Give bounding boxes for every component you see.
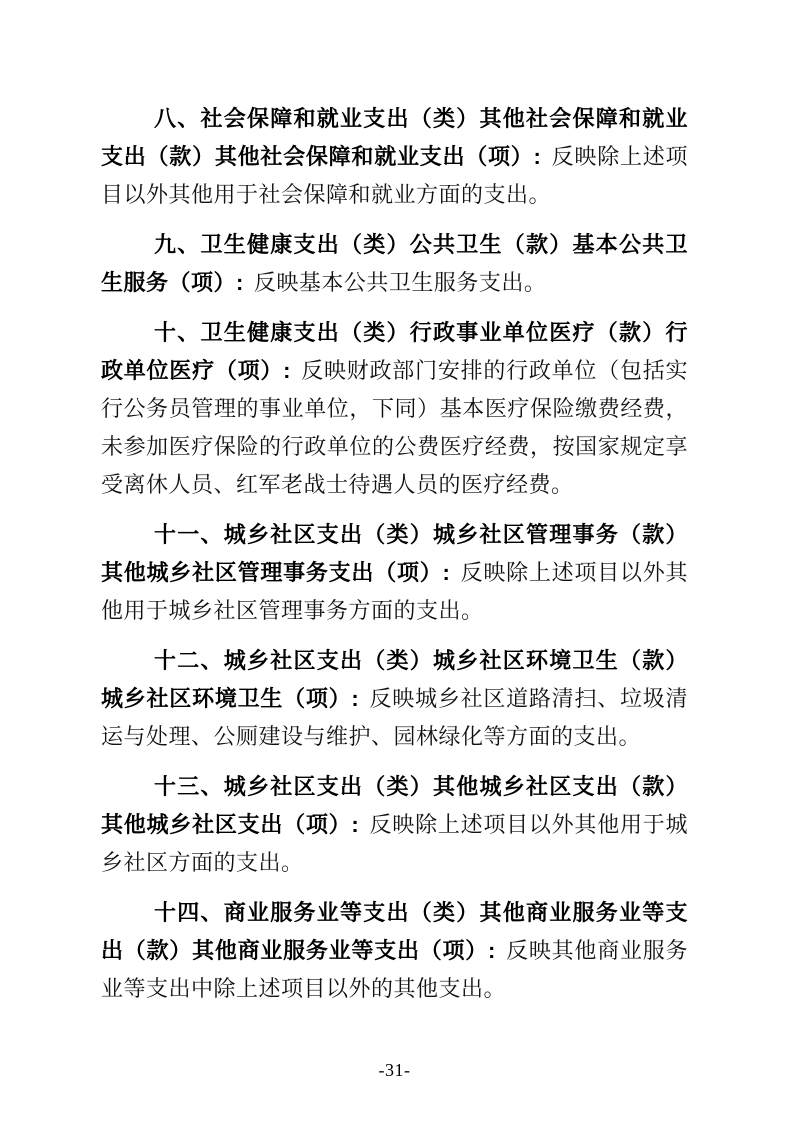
budget-clause-paragraph: 八、社会保障和就业支出（类）其他社会保障和就业支出（款）其他社会保障和就业支出（… bbox=[101, 100, 688, 214]
budget-clause-paragraph: 十、卫生健康支出（类）行政事业单位医疗（款）行政单位医疗（项）:反映财政部门安排… bbox=[101, 314, 688, 504]
document-body: 八、社会保障和就业支出（类）其他社会保障和就业支出（款）其他社会保障和就业支出（… bbox=[101, 100, 688, 1008]
page-footer: -31- bbox=[101, 1060, 688, 1081]
page-number: -31- bbox=[379, 1060, 411, 1080]
budget-clause-paragraph: 十四、商业服务业等支出（类）其他商业服务业等支出（款）其他商业服务业等支出（项）… bbox=[101, 894, 688, 1008]
budget-clause-paragraph: 十三、城乡社区支出（类）其他城乡社区支出（款）其他城乡社区支出（项）:反映除上述… bbox=[101, 768, 688, 882]
budget-clause-paragraph: 九、卫生健康支出（类）公共卫生（款）基本公共卫生服务（项）:反映基本公共卫生服务… bbox=[101, 226, 688, 302]
clause-body: 反映基本公共卫生服务支出。 bbox=[254, 270, 547, 295]
budget-clause-paragraph: 十一、城乡社区支出（类）城乡社区管理事务（款）其他城乡社区管理事务支出（项）:反… bbox=[101, 516, 688, 630]
budget-clause-paragraph: 十二、城乡社区支出（类）城乡社区环境卫生（款）城乡社区环境卫生（项）:反映城乡社… bbox=[101, 642, 688, 756]
document-page: 八、社会保障和就业支出（类）其他社会保障和就业支出（款）其他社会保障和就业支出（… bbox=[0, 0, 793, 1122]
